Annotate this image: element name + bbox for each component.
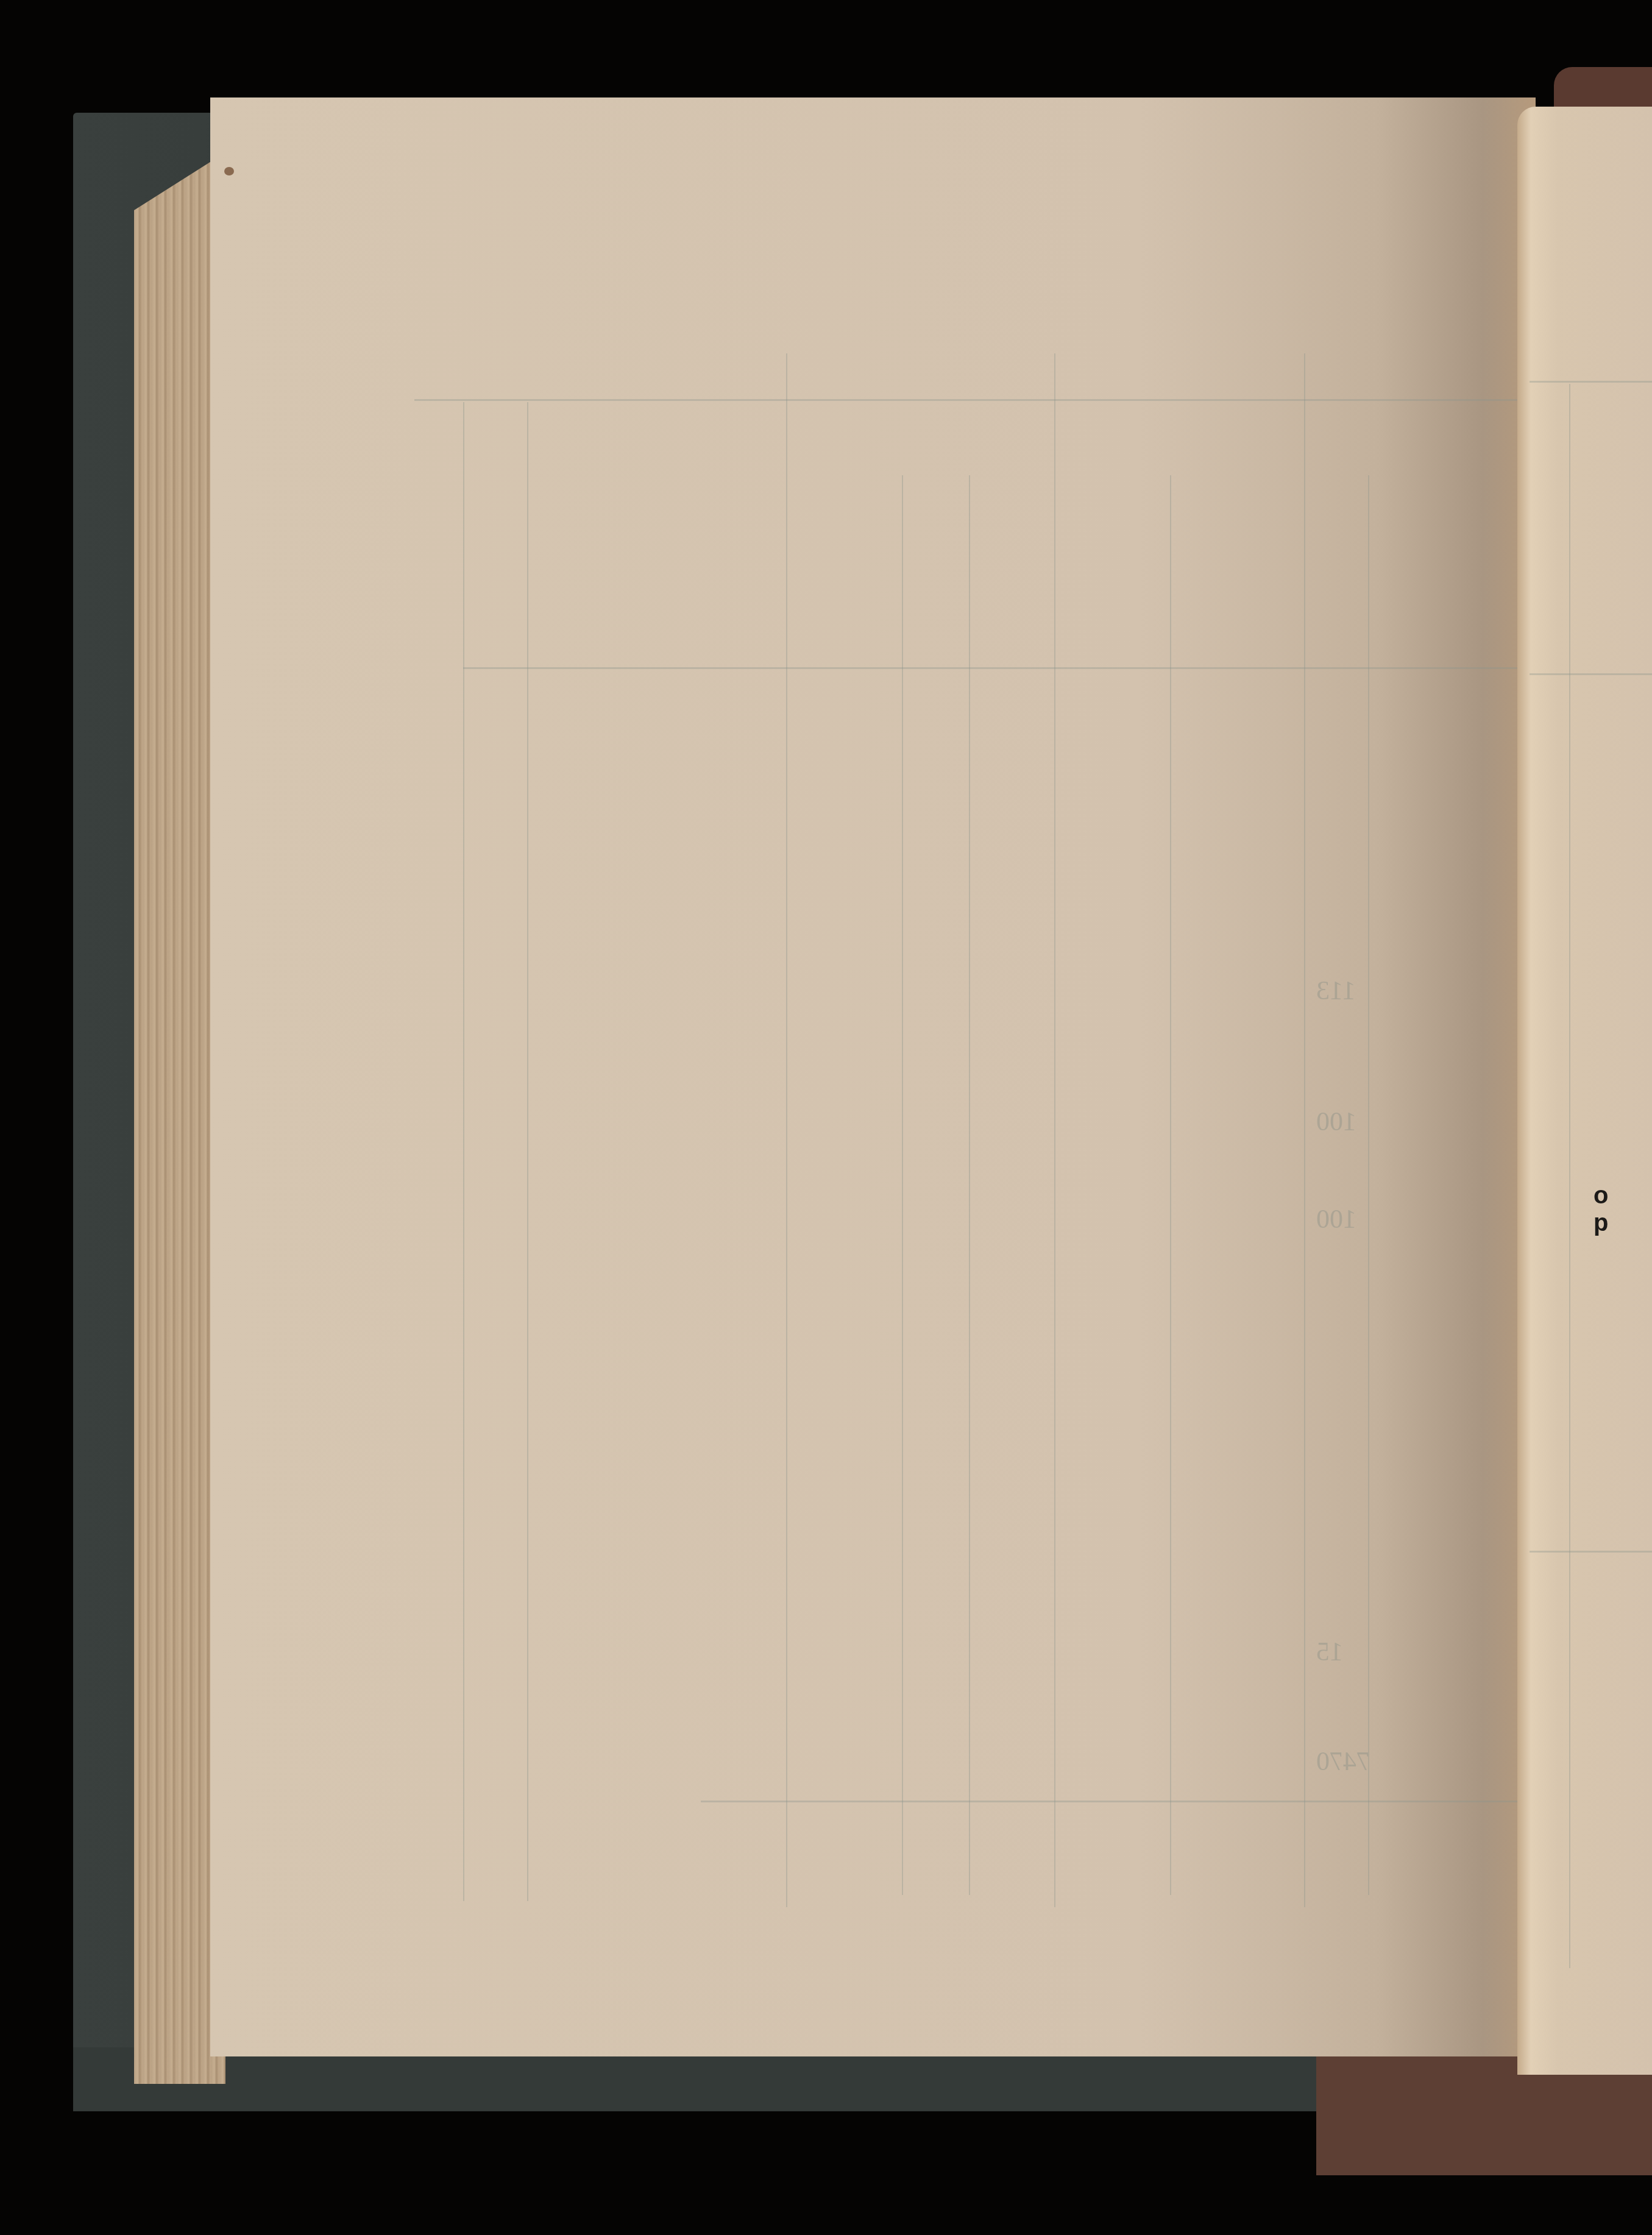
- ghost-table-top-rule: [414, 399, 1536, 401]
- ghost-col-line: [1170, 475, 1171, 1895]
- paper-stain: [224, 167, 234, 175]
- ghost-number: 15: [1316, 1636, 1343, 1667]
- right-page-rule: [1530, 673, 1652, 675]
- ghost-col-line: [527, 402, 528, 1901]
- ghost-col-line: [1368, 475, 1369, 1895]
- ghost-number: 100: [1316, 1106, 1356, 1137]
- ghost-col-line: [902, 475, 903, 1895]
- ghost-col-line: [1304, 353, 1305, 1907]
- ghost-number: 7470: [1316, 1746, 1370, 1777]
- right-page: [1517, 107, 1652, 2075]
- book-cover-bottom: [73, 2047, 1322, 2111]
- right-page-col-line: [1569, 384, 1570, 1968]
- right-page-heading: о р: [1594, 1182, 1652, 1237]
- ghost-col-line: [786, 353, 787, 1907]
- ghost-table-bottom-rule: [701, 1801, 1536, 1802]
- ghost-table-header-rule: [463, 667, 1536, 669]
- right-page-rule: [1530, 381, 1652, 383]
- ghost-col-line: [1054, 353, 1055, 1907]
- ghost-col-line: [463, 402, 464, 1901]
- right-page-rule: [1530, 1551, 1652, 1553]
- ghost-number: 113: [1316, 975, 1355, 1006]
- ghost-number: 100: [1316, 1203, 1356, 1234]
- ghost-col-line: [969, 475, 970, 1895]
